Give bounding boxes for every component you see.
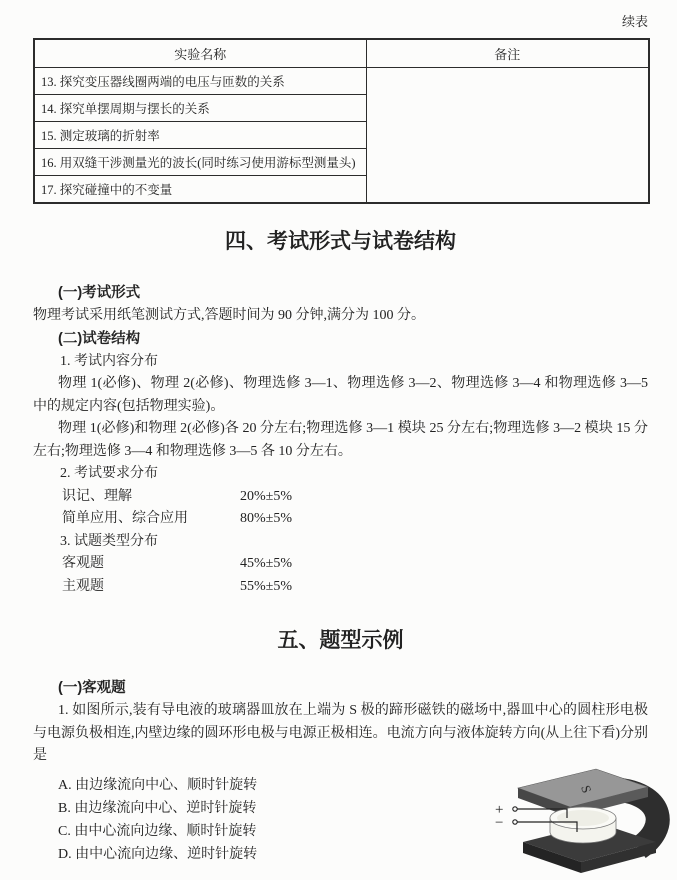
content-distribution-paragraph-2: 物理 1(必修)和物理 2(必修)各 20 分左右;物理选修 3—1 模块 25… [33, 418, 648, 463]
content-distribution-paragraph-1: 物理 1(必修)、物理 2(必修)、物理选修 3—1、物理选修 3—2、物理选修… [33, 373, 648, 418]
minus-terminal-node [513, 819, 517, 823]
table-header-row: 实验名称 备注 [34, 39, 649, 68]
distribution-row: 识记、理解20%±5% [33, 486, 648, 509]
continued-table-label: 续表 [33, 13, 648, 30]
experiment-cell: 14. 探究单摆周期与摆长的关系 [34, 95, 366, 122]
distribution-label: 客观题 [62, 553, 240, 576]
experiment-cell: 16. 用双缝干涉测量光的波长(同时练习使用游标型测量头) [34, 149, 366, 176]
experiment-cell: 15. 测定玻璃的折射率 [34, 122, 366, 149]
experiments-table: 实验名称 备注 13. 探究变压器线圈两端的电压与匝数的关系 14. 探究单摆周… [33, 38, 650, 204]
table-header-remarks: 备注 [366, 39, 649, 68]
distribution-row: 主观题55%±5% [33, 576, 648, 599]
magnet-figure: S + − [493, 766, 670, 880]
distribution-label: 简单应用、综合应用 [62, 508, 240, 531]
distribution-label: 主观题 [62, 576, 240, 599]
minus-terminal-label: − [495, 815, 503, 831]
plus-terminal-node [513, 806, 517, 810]
experiment-cell: 17. 探究碰撞中的不变量 [34, 176, 366, 204]
question-type-distribution-heading: 3. 试题类型分布 [33, 531, 648, 554]
glass-dish-liquid [557, 810, 609, 826]
exam-form-heading: (一)考试形式 [33, 282, 648, 305]
options-and-figure: A. 由边缘流向中心、顺时针旋转 B. 由边缘流向中心、逆时针旋转 C. 由中心… [33, 774, 648, 867]
paper-structure-heading: (二)试卷结构 [33, 328, 648, 351]
distribution-value: 80%±5% [240, 511, 292, 526]
horseshoe-magnet-illustration: S + − [493, 766, 670, 880]
table-row: 13. 探究变压器线圈两端的电压与匝数的关系 [34, 68, 649, 95]
requirement-distribution-heading: 2. 考试要求分布 [33, 463, 648, 486]
document-page: 续表 实验名称 备注 13. 探究变压器线圈两端的电压与匝数的关系 14. 探究… [0, 0, 677, 880]
section5-title: 五、题型示例 [33, 628, 648, 654]
content-distribution-heading: 1. 考试内容分布 [33, 351, 648, 374]
distribution-row: 简单应用、综合应用80%±5% [33, 508, 648, 531]
experiment-cell: 13. 探究变压器线圈两端的电压与匝数的关系 [34, 68, 366, 95]
distribution-value: 55%±5% [240, 579, 292, 594]
question-text: 1. 如图所示,装有导电液的玻璃器皿放在上端为 S 极的蹄形磁铁的磁场中,器皿中… [33, 700, 648, 768]
distribution-value: 20%±5% [240, 489, 292, 504]
exam-form-paragraph: 物理考试采用纸笔测试方式,答题时间为 90 分钟,满分为 100 分。 [33, 305, 648, 328]
section4-title: 四、考试形式与试卷结构 [33, 229, 648, 255]
table-header-experiment-name: 实验名称 [34, 39, 366, 68]
distribution-label: 识记、理解 [62, 486, 240, 509]
objective-questions-heading: (一)客观题 [33, 677, 648, 700]
distribution-value: 45%±5% [240, 556, 292, 571]
remarks-cell [366, 68, 649, 204]
distribution-row: 客观题45%±5% [33, 553, 648, 576]
